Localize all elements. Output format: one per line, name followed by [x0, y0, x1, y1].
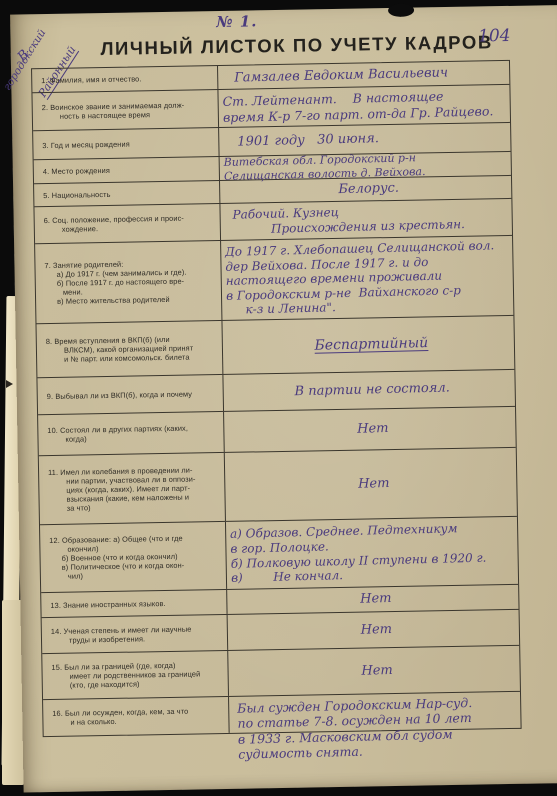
- row-13-printed-label: 13. Знание иностранных языков.: [41, 590, 227, 617]
- row-6-printed-label: 6. Соц. положение, профессия и проис-хож…: [34, 204, 221, 243]
- form-row-12: 12. Образование: а) Общее (что и гдеокон…: [40, 516, 518, 592]
- label-line: в) Место жительства родителей: [45, 294, 217, 306]
- row-2-handwritten-answer: Ст. Лейтенант. В настоящеевремя К-р 7-го…: [218, 84, 510, 128]
- row-3-printed-label: 3. Год и месяц рождения: [33, 128, 219, 159]
- answer-line: Нет: [239, 588, 512, 611]
- ink-blot: [388, 4, 414, 17]
- form-row-7: 7. Занятие родителей:а) До 1917 г. (чем …: [35, 235, 513, 323]
- answer-line: Нет: [237, 473, 510, 496]
- answer-line: Гамзалев Евдоким Васильевич: [234, 64, 503, 86]
- label-line: хождение.: [44, 222, 216, 234]
- answer-line: Нет: [240, 619, 513, 642]
- answer-line: Белорус.: [232, 178, 505, 201]
- row-2-printed-label: 2. Воинское звание и занимаемая долж-нос…: [32, 90, 219, 130]
- label-line: 4. Место рождения: [43, 164, 215, 176]
- row-11-printed-label: 11. Имел ли колебания в проведении ли-ни…: [39, 453, 226, 524]
- label-line: за что): [49, 501, 221, 513]
- answer-line: Нет: [240, 660, 513, 683]
- label-line: и № парт. или комсомольск. билета: [46, 352, 218, 364]
- row-15-handwritten-answer: Нет: [228, 645, 520, 697]
- form-row-8: 8. Время вступления в ВКП(б) (илиВЛКСМ),…: [36, 315, 514, 377]
- row-8-printed-label: 8. Время вступления в ВКП(б) (илиВЛКСМ),…: [36, 321, 223, 377]
- label-line: 9. Выбывал ли из ВКП(б), когда и почему: [47, 389, 219, 401]
- answer-line: В партии не состоял.: [236, 379, 509, 402]
- row-16-printed-label: 16. Был ли осужден, когда, кем, за чтои …: [43, 697, 230, 736]
- sheet-number-note: № 1.: [216, 12, 257, 31]
- answer-line: 1901 году 30 июня.: [237, 128, 504, 150]
- row-7-printed-label: 7. Занятие родителей:а) До 1917 г. (чем …: [35, 241, 222, 323]
- page-title: ЛИЧНЫЙ ЛИСТОК ПО УЧЕТУ КАДРОВ: [71, 31, 523, 61]
- form-row-11: 11. Имел ли колебания в проведении ли-ни…: [39, 447, 517, 524]
- row-14-handwritten-answer: Нет: [227, 609, 519, 651]
- label-line: чил): [50, 569, 222, 581]
- row-9-printed-label: 9. Выбывал ли из ВКП(б), когда и почему: [37, 375, 224, 414]
- label-line: труды и изобретения.: [51, 633, 223, 645]
- answer-line: Нет: [236, 418, 509, 441]
- scanned-document-page: { "colors": { "background": "#0b0b0b", "…: [0, 0, 557, 796]
- margin-arrow-mark: [6, 380, 13, 388]
- page-number: 104: [478, 26, 511, 47]
- row-10-printed-label: 10. Состоял ли в других партиях (каких,к…: [38, 412, 225, 455]
- row-12-printed-label: 12. Образование: а) Общее (что и гдеокон…: [40, 522, 227, 592]
- row-7-handwritten-answer: До 1917 г. Хлебопашец Селищанской вол.де…: [221, 235, 514, 321]
- answer-line: Беспартийный: [235, 333, 508, 357]
- personnel-form-table: 1. Фамилия, имя и отчество.Гамзалев Евдо…: [31, 60, 522, 737]
- row-16-handwritten-answer: Был сужден Городокским Нар-суд.по статье…: [229, 691, 521, 734]
- document-paper: В городокский Районный № 1. ЛИЧНЫЙ ЛИСТО…: [10, 5, 557, 793]
- row-15-printed-label: 15. Был ли за границей (где, когда)имеет…: [42, 651, 229, 699]
- label-line: 13. Знание иностранных языков.: [50, 598, 222, 610]
- row-4-printed-label: 4. Место рождения: [34, 157, 220, 183]
- label-line: ность в настоящее время: [42, 109, 214, 121]
- row-12-handwritten-answer: а) Образов. Среднее. Педтехникумв гор. П…: [226, 516, 519, 590]
- row-8-handwritten-answer: Беспартийный: [222, 315, 514, 375]
- label-line: когда): [47, 432, 219, 444]
- form-row-15: 15. Был ли за границей (где, когда)имеет…: [42, 645, 520, 699]
- label-line: 5. Национальность: [43, 188, 215, 200]
- row-10-handwritten-answer: Нет: [224, 406, 516, 453]
- label-line: 3. Год и месяц рождения: [42, 138, 214, 150]
- label-line: (кто, где находится): [52, 678, 224, 690]
- row-5-printed-label: 5. Национальность: [34, 181, 220, 206]
- label-line: 1. Фамилия, имя и отчество.: [41, 73, 213, 85]
- row-1-printed-label: 1. Фамилия, имя и отчество.: [32, 66, 218, 92]
- row-9-handwritten-answer: В партии не состоял.: [223, 369, 515, 412]
- row-6-handwritten-answer: Рабочий. Кузнец Происхождения из крестья…: [220, 198, 512, 241]
- label-line: и на сколько.: [52, 715, 224, 727]
- row-11-handwritten-answer: Нет: [225, 447, 518, 522]
- row-14-printed-label: 14. Ученая степень и имеет ли научныетру…: [42, 615, 229, 653]
